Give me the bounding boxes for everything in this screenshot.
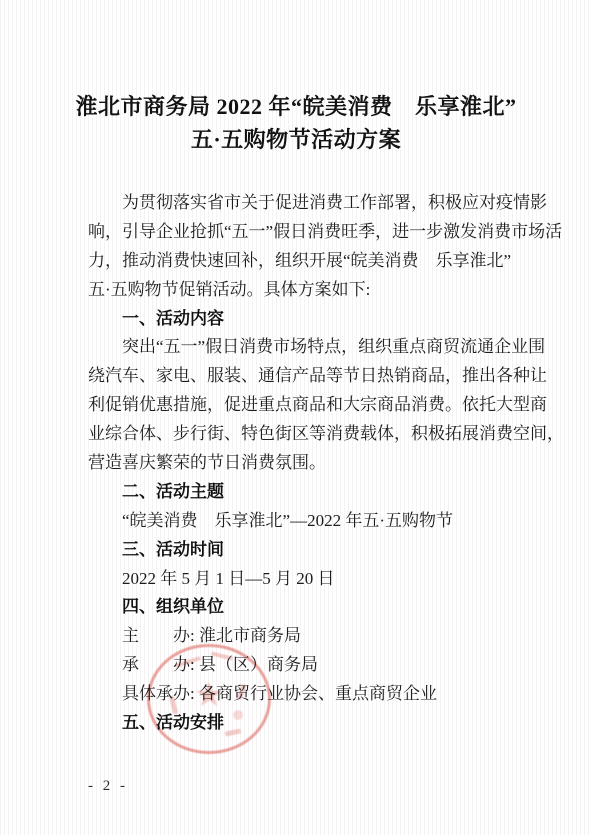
section-text-line: 业综合体、步行街、特色街区等消费载体，积极拓展消费空间， <box>88 420 512 449</box>
document-title-line-1: 淮北市商务局 2022 年“皖美消费 乐享淮北” <box>30 90 562 123</box>
section-heading-organizers: 四、组织单位 <box>88 593 512 622</box>
section-text-line: 突出“五一”假日消费市场特点，组织重点商贸流通企业围 <box>88 333 512 362</box>
section-heading-activity-theme: 二、活动主题 <box>88 478 512 507</box>
section-text-line: 营造喜庆繁荣的节日消费氛围。 <box>88 449 512 478</box>
intro-line: 响，引导企业抢抓“五一”假日消费旺季，进一步激发消费市场活 <box>88 218 512 247</box>
organizer-line-undertaker: 承 办: 县（区）商务局 <box>88 651 512 680</box>
intro-line: 力，推动消费快速回补，组织开展“皖美消费 乐享淮北” <box>88 247 512 276</box>
intro-line: 为贯彻落实省市关于促进消费工作部署，积极应对疫情影 <box>88 189 512 218</box>
intro-line: 五·五购物节促销活动。具体方案如下: <box>88 276 512 305</box>
document-title: 淮北市商务局 2022 年“皖美消费 乐享淮北” 五·五购物节活动方案 <box>30 90 562 156</box>
section-heading-activity-content: 一、活动内容 <box>88 305 512 334</box>
section-heading-activity-time: 三、活动时间 <box>88 536 512 565</box>
section-text-line: 2022 年 5 月 1 日—5 月 20 日 <box>88 565 512 594</box>
scanned-document-page: 淮北市商务局 2022 年“皖美消费 乐享淮北” 五·五购物节活动方案 为贯彻落… <box>0 0 592 835</box>
document-title-line-2: 五·五购物节活动方案 <box>30 123 562 156</box>
organizer-line-executor: 具体承办: 各商贸行业协会、重点商贸企业 <box>88 680 512 709</box>
section-heading-activity-arrangement: 五、活动安排 <box>88 709 512 738</box>
organizer-line-host: 主 办: 淮北市商务局 <box>88 622 512 651</box>
section-text-line: “皖美消费 乐享淮北”—2022 年五·五购物节 <box>88 507 512 536</box>
section-text-line: 利促销优惠措施，促进重点商品和大宗商品消费。依托大型商 <box>88 391 512 420</box>
document-body: 为贯彻落实省市关于促进消费工作部署，积极应对疫情影 响，引导企业抢抓“五一”假日… <box>88 189 512 738</box>
page-number: - 2 - <box>88 778 128 795</box>
section-text-line: 绕汽车、家电、服装、通信产品等节日热销商品，推出各种让 <box>88 362 512 391</box>
